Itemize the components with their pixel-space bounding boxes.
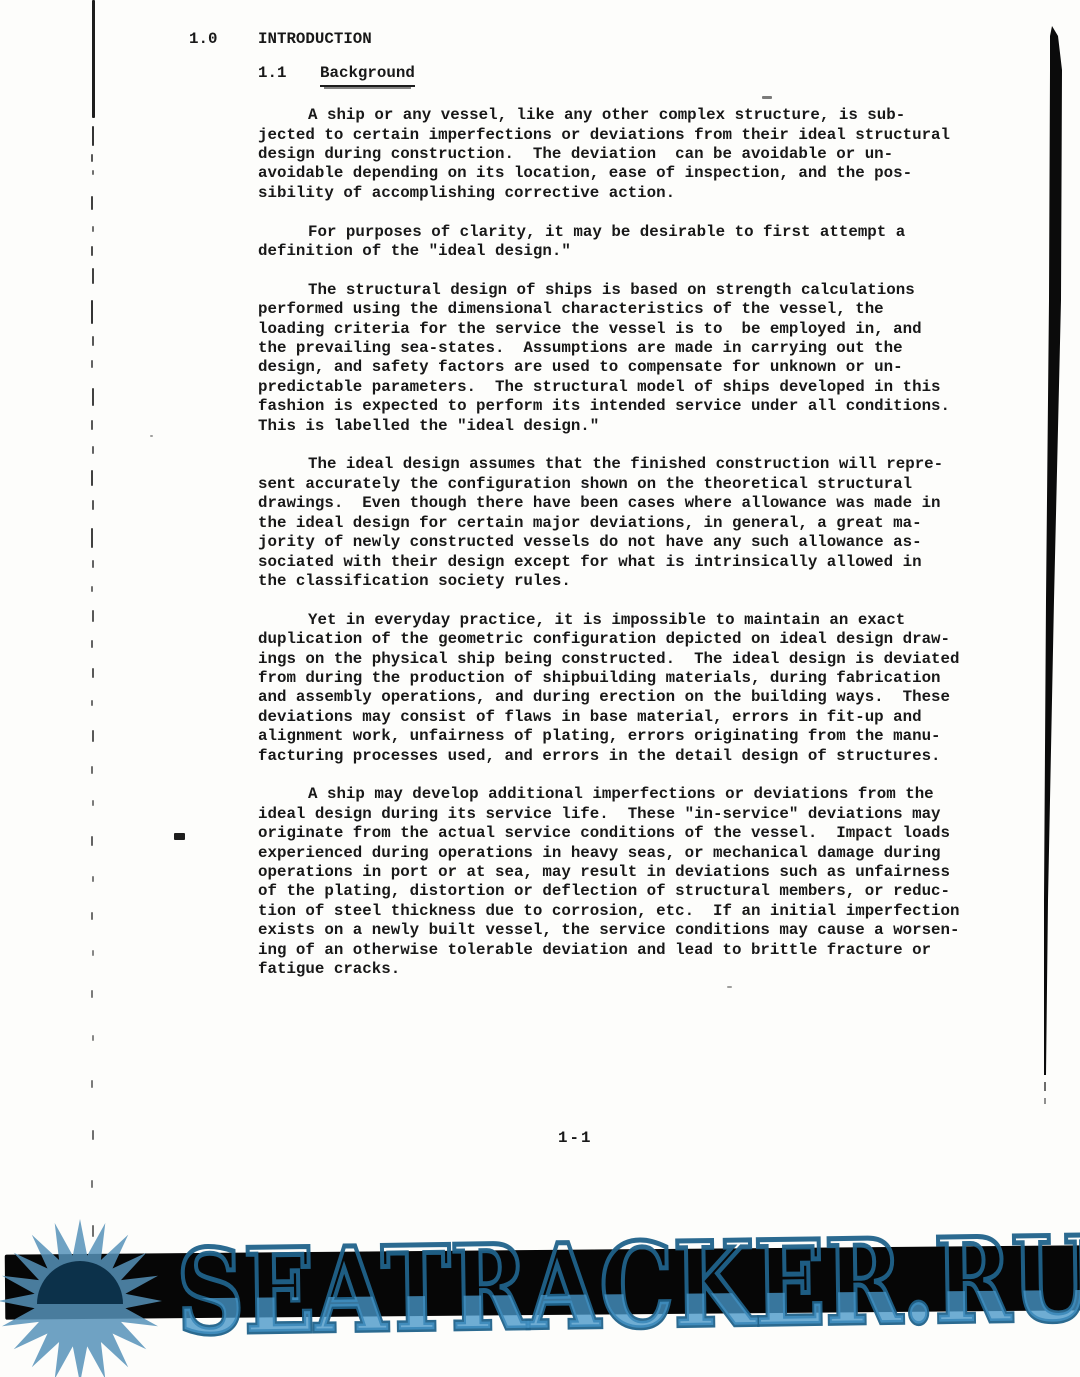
right-edge-dash [1044, 1082, 1046, 1091]
watermark-black-bar [5, 1245, 1080, 1319]
right-edge-bar [1044, 26, 1062, 1075]
section-heading: 1.0INTRODUCTION [189, 30, 989, 49]
scan-noise-mark [92, 800, 94, 806]
scan-noise-mark [91, 1180, 93, 1188]
scan-noise-mark [91, 836, 93, 846]
scan-noise-mark [91, 700, 93, 706]
scan-noise-mark [174, 833, 185, 840]
scan-noise-mark [92, 170, 94, 175]
scan-noise-mark [92, 610, 94, 622]
scan-noise-mark [92, 446, 94, 454]
paragraph: A ship may develop additional imperfecti… [189, 785, 998, 979]
scanned-document-page: 1.0INTRODUCTION 1.1Background A ship or … [0, 0, 1080, 1377]
scan-noise-mark [92, 1035, 94, 1041]
scan-noise-mark [92, 336, 94, 346]
scan-noise-mark [91, 300, 93, 324]
right-edge-dash [1044, 1098, 1046, 1104]
scan-noise-mark [92, 388, 94, 406]
scan-noise-mark [762, 96, 772, 99]
scan-noise-mark [91, 912, 93, 920]
scan-noise-mark [91, 766, 93, 774]
scan-noise-mark [727, 986, 732, 988]
scan-noise-mark [92, 1130, 94, 1140]
paragraph: A ship or any vessel, like any other com… [189, 106, 998, 203]
scan-noise-mark [91, 246, 93, 256]
scan-noise-mark [92, 226, 94, 232]
subsection-number: 1.1 [258, 64, 320, 83]
paragraph: The structural design of ships is based … [189, 281, 998, 436]
page-number: 1-1 [558, 1129, 592, 1147]
scan-noise-mark [92, 560, 94, 568]
scan-noise-mark [92, 500, 94, 510]
scan-noise-mark [91, 420, 93, 430]
scan-noise-mark [92, 730, 94, 742]
scan-noise-mark [91, 1080, 93, 1088]
scan-noise-mark [150, 435, 153, 437]
scan-noise-mark [91, 640, 93, 648]
scan-noise-mark [92, 668, 94, 678]
section-title: INTRODUCTION [258, 30, 372, 48]
scan-noise-mark [91, 528, 93, 548]
scan-noise-mark [91, 154, 93, 162]
scan-noise-mark [92, 876, 94, 882]
scan-noise-mark [91, 196, 93, 210]
paragraph: Yet in everyday practice, it is impossib… [189, 611, 998, 766]
section-number: 1.0 [189, 30, 258, 49]
scan-noise-mark [91, 586, 93, 592]
scan-noise-mark [92, 268, 94, 284]
document-body: 1.0INTRODUCTION 1.1Background A ship or … [189, 30, 989, 979]
scan-noise-mark [92, 126, 94, 146]
scan-noise-mark [91, 470, 93, 486]
subsection-title: Background [320, 64, 415, 86]
scan-noise-mark [91, 360, 93, 368]
scan-noise-mark [92, 1225, 94, 1237]
paragraph: For purposes of clarity, it may be desir… [189, 223, 998, 262]
scan-noise-mark [92, 0, 95, 118]
paragraph: The ideal design assumes that the finish… [189, 455, 998, 591]
scan-noise-mark [91, 990, 93, 998]
scan-noise-mark [92, 950, 94, 956]
subsection-heading: 1.1Background [189, 64, 989, 86]
